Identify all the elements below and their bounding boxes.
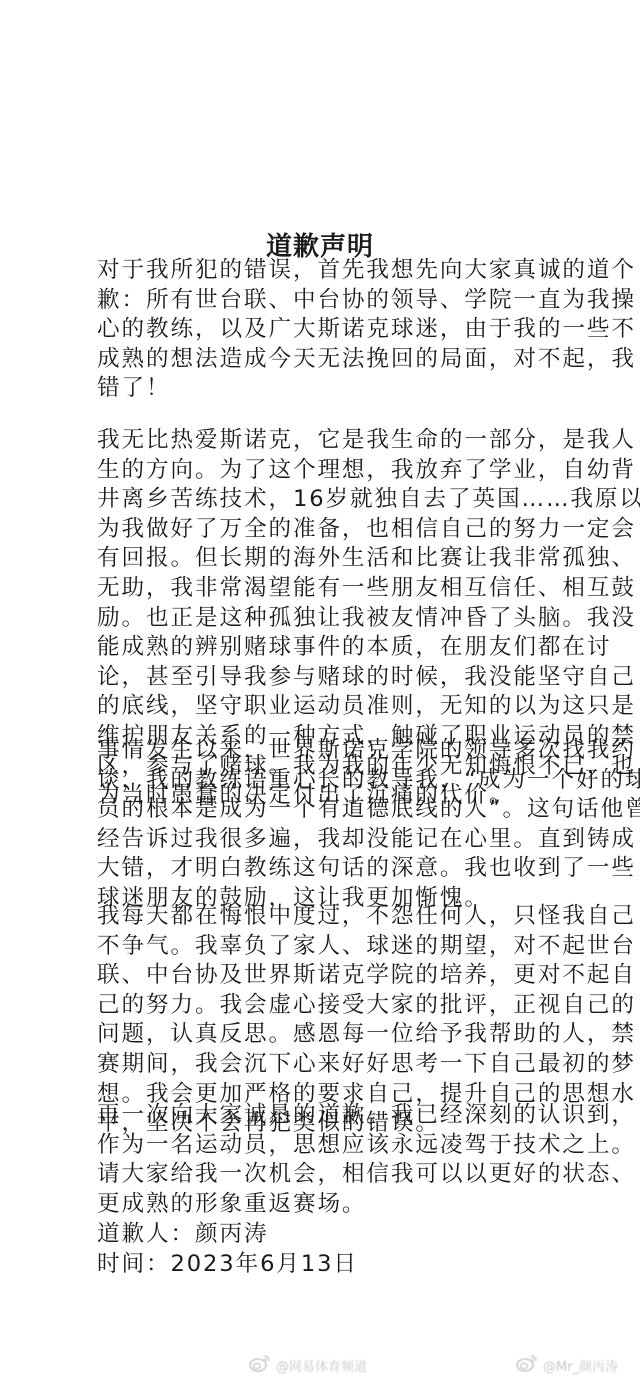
text-line: 更成熟的形象重返赛场。: [97, 1190, 549, 1220]
text-line: 再一次向大家诚恳的道歉。我已经深刻的认识到，: [97, 1101, 549, 1131]
text-line: 己的努力。我会虚心接受大家的批评，正视自己的: [97, 991, 549, 1021]
paragraph-opening: 对于我所犯的错误，首先我想先向大家真诚的道个 歉：所有世台联、中台协的领导、学院…: [97, 256, 549, 404]
text-line: 无助，我非常渴望能有一些朋友相互信任、相互鼓: [97, 574, 549, 604]
text-line: 生的方向。为了这个理想，我放弃了学业，自幼背: [97, 456, 549, 486]
text-line: 论，甚至引导我参与赌球的时候，我没能坚守自己: [97, 663, 549, 693]
text-line: 作为一名运动员，思想应该永远凌驾于技术之上。: [97, 1131, 549, 1161]
text-line: 井离乡苦练技术，16岁就独自去了英国……我原以: [97, 485, 549, 515]
signature-block: 道歉人：颜丙涛 时间：2023年6月13日: [97, 1220, 549, 1279]
text-line: 谈，我的教练语重心长的教导我，“成为一个好的球: [97, 766, 549, 796]
text-line: 励。也正是这种孤独让我被友情冲昏了头脑。我没: [97, 604, 549, 634]
watermark-text: @Mr_颜丙涛: [543, 1356, 618, 1375]
signatory: 道歉人：颜丙涛: [97, 1220, 549, 1250]
text-line: 为我做好了万全的准备，也相信自己的努力一定会: [97, 515, 549, 545]
text-line: 有回报。但长期的海外生活和比赛让我非常孤独、: [97, 544, 549, 574]
text-line: 事情发生以来，世界斯诺克学院的领导多次找我约: [97, 736, 549, 766]
text-line: 联、中台协及世界斯诺克学院的培养，更对不起自: [97, 961, 549, 991]
text-line: 员的根本是成为一个有道德底线的人”。这句话他曾: [97, 795, 549, 825]
text-line: 不争气。我辜负了家人、球迷的期望，对不起世台: [97, 932, 549, 962]
paragraph-aftermath: 事情发生以来，世界斯诺克学院的领导多次找我约 谈，我的教练语重心长的教导我，“成…: [97, 736, 549, 914]
text-line: 我无比热爱斯诺克，它是我生命的一部分，是我人: [97, 426, 549, 456]
signature-date: 时间：2023年6月13日: [97, 1250, 549, 1280]
text-line: 的底线，坚守职业运动员准则，无知的以为这只是: [97, 692, 549, 722]
text-line: 对于我所犯的错误，首先我想先向大家真诚的道个: [97, 256, 549, 286]
paragraph-closing: 再一次向大家诚恳的道歉。我已经深刻的认识到， 作为一名运动员，思想应该永远凌驾于…: [97, 1101, 549, 1219]
text-line: 问题，认真反思。感恩每一位给予我帮助的人，禁: [97, 1020, 549, 1050]
text-line: 请大家给我一次机会，相信我可以以更好的状态、: [97, 1160, 549, 1190]
weibo-icon: [515, 1353, 539, 1377]
text-line: 成熟的想法造成今天无法挽回的局面，对不起，我: [97, 345, 549, 375]
text-line: 大错，才明白教练这句话的深意。我也收到了一些: [97, 854, 549, 884]
text-line: 赛期间，我会沉下心来好好思考一下自己最初的梦: [97, 1050, 549, 1080]
weibo-icon: [248, 1353, 272, 1377]
watermark-source: @网易体育频道: [248, 1350, 367, 1380]
watermark-text: @网易体育频道: [276, 1356, 367, 1375]
text-line: 歉：所有世台联、中台协的领导、学院一直为我操: [97, 286, 549, 316]
watermark-author: @Mr_颜丙涛: [515, 1350, 618, 1380]
text-line: 心的教练，以及广大斯诺克球迷，由于我的一些不: [97, 315, 549, 345]
text-line: 我每天都在悔恨中度过，不怨任何人，只怪我自己: [97, 902, 549, 932]
text-line: 错了！: [97, 374, 549, 404]
text-line: 能成熟的辨别赌球事件的本质，在朋友们都在讨: [97, 633, 549, 663]
text-line: 经告诉过我很多遍，我却没能记在心里。直到铸成: [97, 825, 549, 855]
